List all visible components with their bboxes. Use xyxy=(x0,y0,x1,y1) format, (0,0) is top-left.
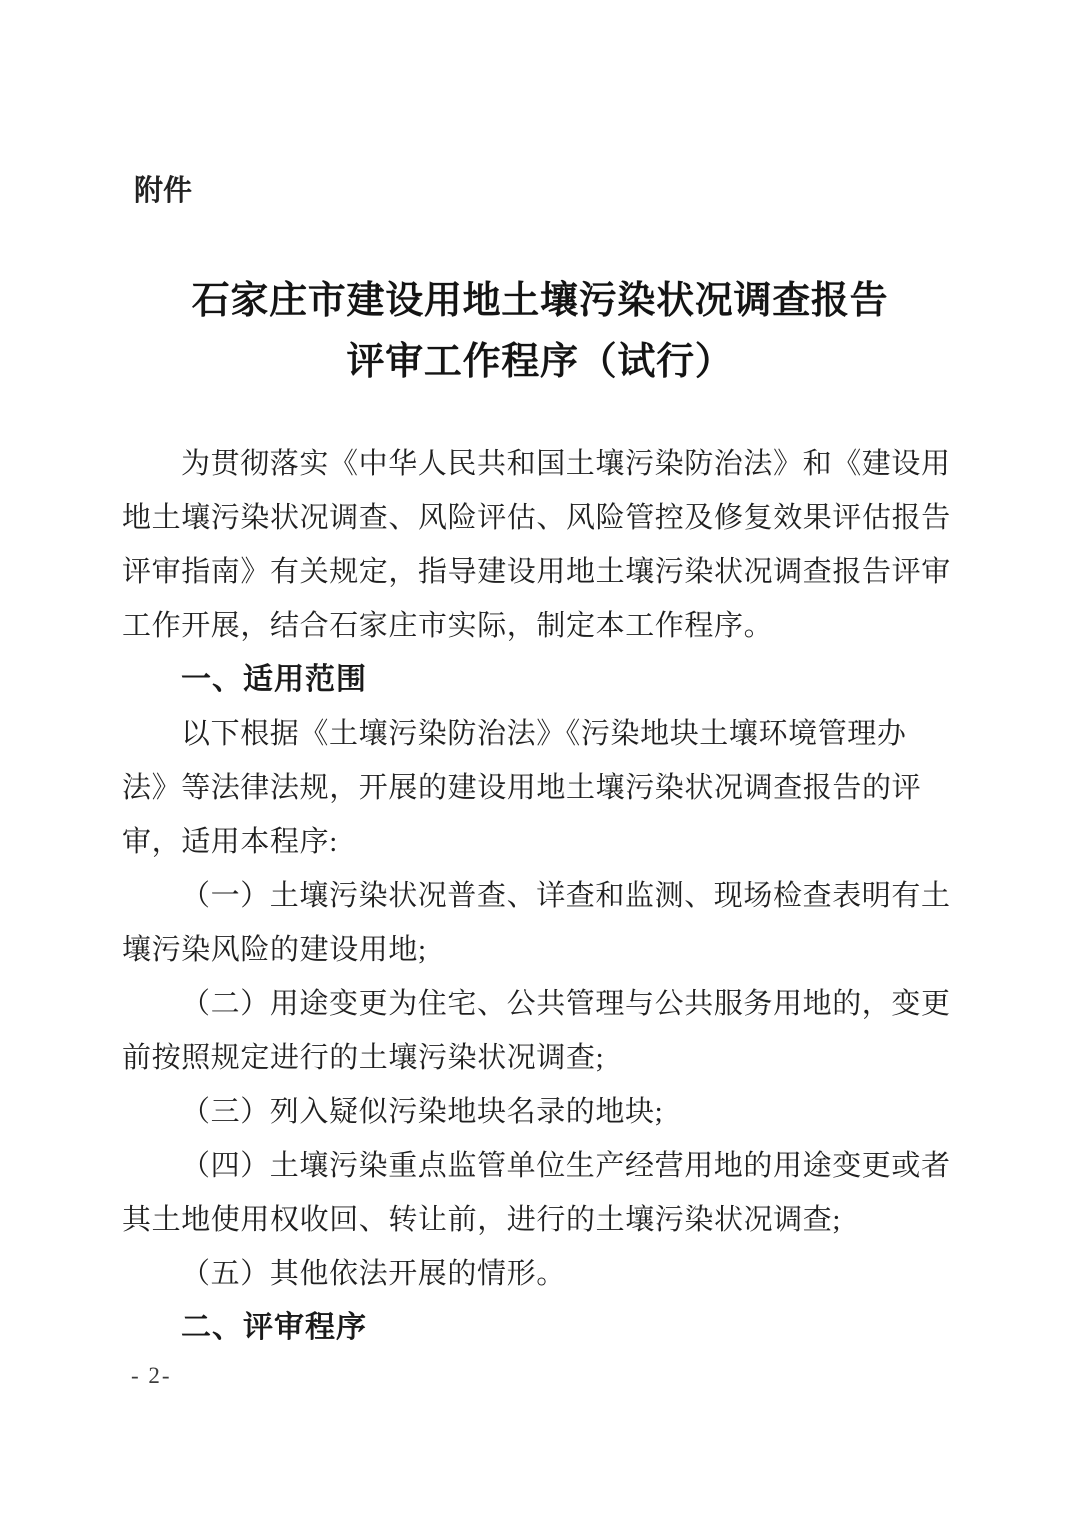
document-title-line-1: 石家庄市建设用地土壤污染状况调查报告 xyxy=(0,271,1080,332)
document-body: 为贯彻落实《中华人民共和国土壤污染防治法》和《建设用 地土壤污染状况调查、风险评… xyxy=(122,437,962,1355)
intro-paragraph-line: 评审指南》有关规定，指导建设用地土壤污染状况调查报告评审 xyxy=(122,545,962,599)
list-item-2-line: （二）用途变更为住宅、公共管理与公共服务用地的，变更 xyxy=(122,977,962,1031)
document-title-line-2: 评审工作程序（试行） xyxy=(0,332,1080,393)
attachment-label: 附件 xyxy=(134,174,192,208)
page-number: - 2- xyxy=(131,1363,172,1389)
scope-paragraph-line: 以下根据《土壤污染防治法》《污染地块土壤环境管理办 xyxy=(122,707,962,761)
list-item-1-line: （一）土壤污染状况普查、详查和监测、现场检查表明有土 xyxy=(122,869,962,923)
intro-paragraph-line: 工作开展，结合石家庄市实际，制定本工作程序。 xyxy=(122,599,962,653)
document-page: 附件 石家庄市建设用地土壤污染状况调查报告 评审工作程序（试行） 为贯彻落实《中… xyxy=(0,0,1080,1526)
section-1-heading: 一、适用范围 xyxy=(122,653,962,707)
list-item-3-line: （三）列入疑似污染地块名录的地块; xyxy=(122,1085,962,1139)
document-title: 石家庄市建设用地土壤污染状况调查报告 评审工作程序（试行） xyxy=(0,271,1080,393)
list-item-4-line: （四）土壤污染重点监管单位生产经营用地的用途变更或者 xyxy=(122,1139,962,1193)
list-item-4-line: 其土地使用权收回、转让前，进行的土壤污染状况调查; xyxy=(122,1193,962,1247)
intro-paragraph-line: 地土壤污染状况调查、风险评估、风险管控及修复效果评估报告 xyxy=(122,491,962,545)
scope-paragraph-line: 审，适用本程序: xyxy=(122,815,962,869)
list-item-1-line: 壤污染风险的建设用地; xyxy=(122,923,962,977)
scope-paragraph-line: 法》等法律法规，开展的建设用地土壤污染状况调查报告的评 xyxy=(122,761,962,815)
intro-paragraph-line: 为贯彻落实《中华人民共和国土壤污染防治法》和《建设用 xyxy=(122,437,962,491)
section-2-heading: 二、评审程序 xyxy=(122,1301,962,1355)
list-item-5-line: （五）其他依法开展的情形。 xyxy=(122,1247,962,1301)
list-item-2-line: 前按照规定进行的土壤污染状况调查; xyxy=(122,1031,962,1085)
